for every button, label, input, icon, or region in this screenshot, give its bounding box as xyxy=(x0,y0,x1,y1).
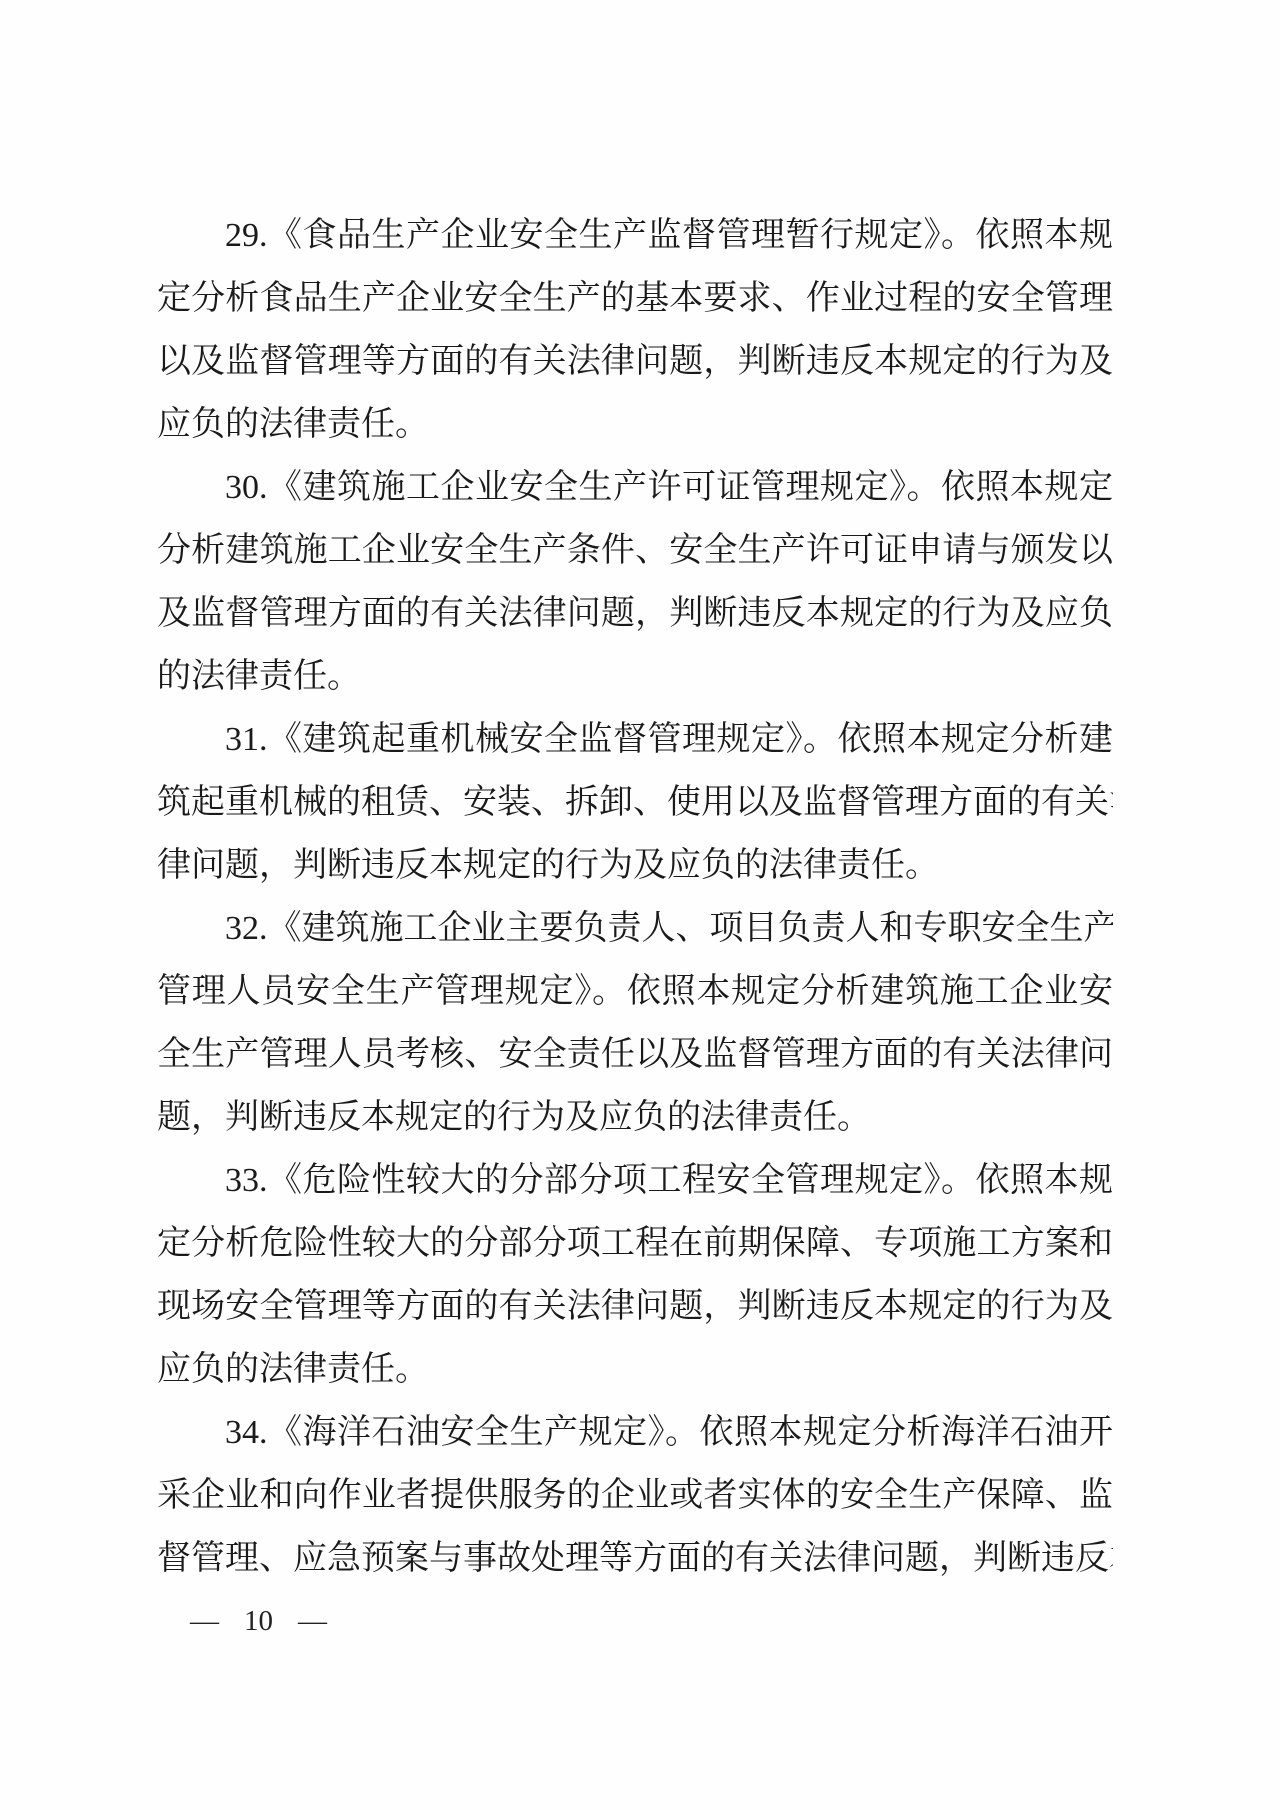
document-page: 29.《食品生产企业安全生产监督管理暂行规定》。依照本规 定分析食品生产企业安全… xyxy=(0,0,1280,1810)
paragraph-line: 全生产管理人员考核、安全责任以及监督管理方面的有关法律问 xyxy=(157,1023,1113,1086)
paragraph-line: 督管理、应急预案与事故处理等方面的有关法律问题，判断违反本 xyxy=(157,1527,1113,1590)
paragraph-line: 定分析食品生产企业安全生产的基本要求、作业过程的安全管理 xyxy=(157,267,1113,330)
paragraph-line: 应负的法律责任。 xyxy=(157,393,1113,456)
paragraph-34: 34.《海洋石油安全生产规定》。依照本规定分析海洋石油开 采企业和向作业者提供服… xyxy=(157,1401,1113,1590)
paragraph-line: 应负的法律责任。 xyxy=(157,1338,1113,1401)
paragraph-30: 30.《建筑施工企业安全生产许可证管理规定》。依照本规定 分析建筑施工企业安全生… xyxy=(157,456,1113,708)
paragraph-line: 以及监督管理等方面的有关法律问题，判断违反本规定的行为及 xyxy=(157,330,1113,393)
page-number-dash-left: — xyxy=(190,1605,219,1638)
page-number: — 10 — xyxy=(190,1605,327,1638)
paragraph-line: 筑起重机械的租赁、安装、拆卸、使用以及监督管理方面的有关法 xyxy=(157,771,1113,834)
paragraph-line: 管理人员安全生产管理规定》。依照本规定分析建筑施工企业安 xyxy=(157,960,1113,1023)
paragraph-line: 29.《食品生产企业安全生产监督管理暂行规定》。依照本规 xyxy=(157,204,1113,267)
paragraph-33: 33.《危险性较大的分部分项工程安全管理规定》。依照本规 定分析危险性较大的分部… xyxy=(157,1149,1113,1401)
paragraph-31: 31.《建筑起重机械安全监督管理规定》。依照本规定分析建 筑起重机械的租赁、安装… xyxy=(157,708,1113,897)
page-number-dash-right: — xyxy=(298,1605,327,1638)
paragraph-line: 现场安全管理等方面的有关法律问题，判断违反本规定的行为及 xyxy=(157,1275,1113,1338)
paragraph-32: 32.《建筑施工企业主要负责人、项目负责人和专职安全生产 管理人员安全生产管理规… xyxy=(157,897,1113,1149)
paragraph-line: 30.《建筑施工企业安全生产许可证管理规定》。依照本规定 xyxy=(157,456,1113,519)
paragraph-line: 33.《危险性较大的分部分项工程安全管理规定》。依照本规 xyxy=(157,1149,1113,1212)
paragraph-line: 分析建筑施工企业安全生产条件、安全生产许可证申请与颁发以 xyxy=(157,519,1113,582)
paragraph-line: 及监督管理方面的有关法律问题，判断违反本规定的行为及应负 xyxy=(157,582,1113,645)
paragraph-line: 的法律责任。 xyxy=(157,645,1113,708)
paragraph-line: 32.《建筑施工企业主要负责人、项目负责人和专职安全生产 xyxy=(157,897,1113,960)
paragraph-line: 采企业和向作业者提供服务的企业或者实体的安全生产保障、监 xyxy=(157,1464,1113,1527)
page-number-value: 10 xyxy=(244,1605,273,1638)
paragraph-line: 31.《建筑起重机械安全监督管理规定》。依照本规定分析建 xyxy=(157,708,1113,771)
document-body: 29.《食品生产企业安全生产监督管理暂行规定》。依照本规 定分析食品生产企业安全… xyxy=(157,204,1113,1590)
paragraph-line: 34.《海洋石油安全生产规定》。依照本规定分析海洋石油开 xyxy=(157,1401,1113,1464)
paragraph-line: 定分析危险性较大的分部分项工程在前期保障、专项施工方案和 xyxy=(157,1212,1113,1275)
paragraph-29: 29.《食品生产企业安全生产监督管理暂行规定》。依照本规 定分析食品生产企业安全… xyxy=(157,204,1113,456)
paragraph-line: 题，判断违反本规定的行为及应负的法律责任。 xyxy=(157,1086,1113,1149)
paragraph-line: 律问题，判断违反本规定的行为及应负的法律责任。 xyxy=(157,834,1113,897)
